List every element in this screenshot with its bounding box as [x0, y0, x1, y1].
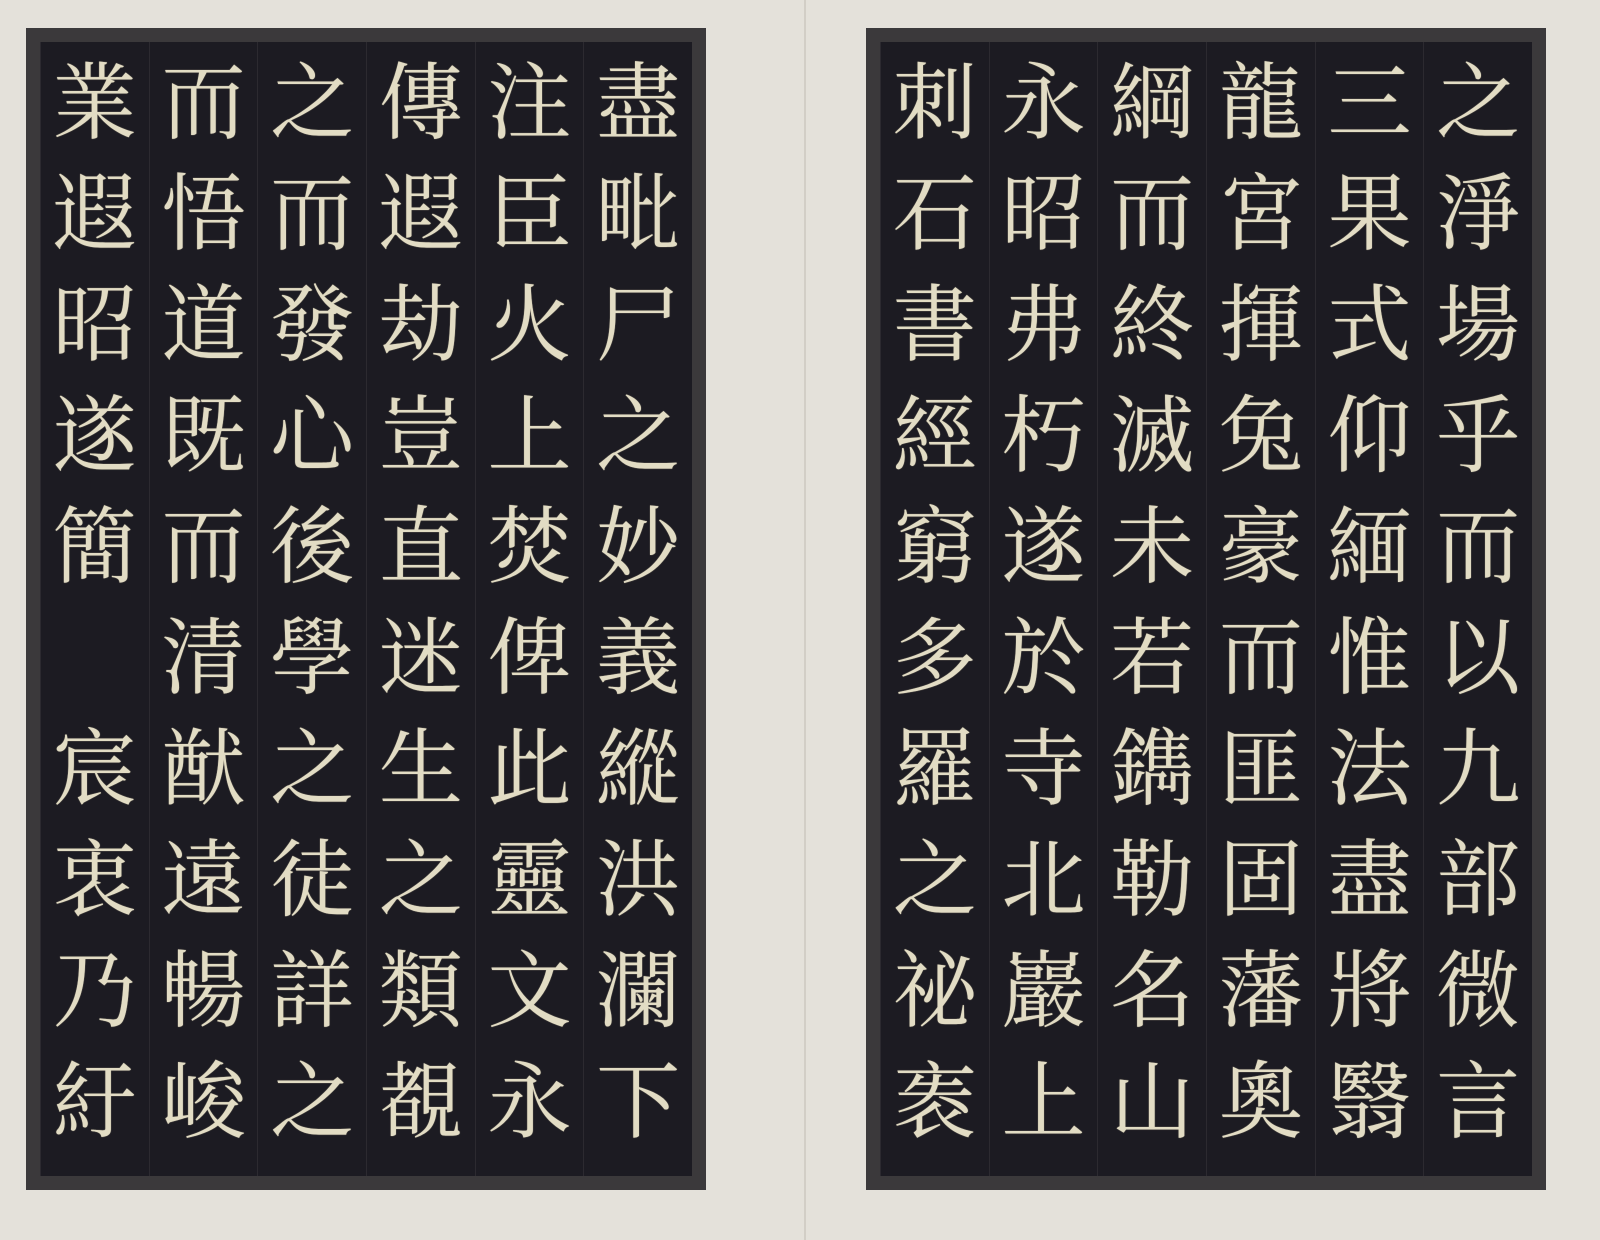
- character: 場: [1436, 270, 1520, 381]
- character: 縱: [596, 714, 680, 825]
- character: 峻: [161, 1047, 245, 1158]
- character: 靈: [487, 825, 571, 936]
- text-column: 盡毗尸之妙義縱洪瀾下: [583, 42, 692, 1176]
- character: 惟: [1327, 603, 1411, 714]
- character: 乃: [53, 936, 137, 1047]
- character: 永: [1001, 48, 1085, 159]
- left-leaf: 盡毗尸之妙義縱洪瀾下注臣火上焚俾此靈文永傳遐劫豈直迷生之類覩之而發心後學之徒詳之…: [26, 28, 706, 1190]
- character: 後: [270, 492, 354, 603]
- text-column: 龍宮揮兔豪而匪固藩奧: [1206, 42, 1315, 1176]
- right-leaf: 之淨場乎而以九部微言三果式仰緬惟法盡將翳龍宮揮兔豪而匪固藩奧綱而終滅未若鐫勒名山…: [866, 28, 1546, 1190]
- text-column: 之而發心後學之徒詳之: [257, 42, 366, 1176]
- character: 而: [1110, 159, 1194, 270]
- character: 瀾: [596, 936, 680, 1047]
- character: 衷: [53, 825, 137, 936]
- character: 而: [1436, 492, 1520, 603]
- character: 既: [161, 381, 245, 492]
- character: 之: [893, 825, 977, 936]
- character: 微: [1436, 936, 1520, 1047]
- character: 淨: [1436, 159, 1520, 270]
- character: 迷: [379, 603, 463, 714]
- character: 宮: [1219, 159, 1303, 270]
- character: 羅: [893, 714, 977, 825]
- text-column: 永昭弗朽遂於寺北巖上: [989, 42, 1098, 1176]
- character: 而: [161, 492, 245, 603]
- character: 袠: [893, 1047, 977, 1158]
- left-rubbing: 盡毗尸之妙義縱洪瀾下注臣火上焚俾此靈文永傳遐劫豈直迷生之類覩之而發心後學之徒詳之…: [40, 42, 692, 1176]
- character: 遂: [1001, 492, 1085, 603]
- character: 紆: [53, 1047, 137, 1158]
- character: 名: [1110, 936, 1194, 1047]
- album-fold: [804, 0, 806, 1240]
- character: 山: [1110, 1047, 1194, 1158]
- character: 緬: [1327, 492, 1411, 603]
- character: 龍: [1219, 48, 1303, 159]
- character: 之: [270, 714, 354, 825]
- character: 將: [1327, 936, 1411, 1047]
- character: 未: [1110, 492, 1194, 603]
- character: 洪: [596, 825, 680, 936]
- character: 尸: [596, 270, 680, 381]
- character: 而: [270, 159, 354, 270]
- text-column: 刺石書經窮多羅之祕袠: [880, 42, 989, 1176]
- character: 上: [487, 381, 571, 492]
- character: 書: [893, 270, 977, 381]
- character: 固: [1219, 825, 1303, 936]
- text-column: 綱而終滅未若鐫勒名山: [1097, 42, 1206, 1176]
- character: 宸: [53, 714, 137, 825]
- character: 學: [270, 603, 354, 714]
- character: 仰: [1327, 381, 1411, 492]
- character: 簡: [53, 492, 137, 603]
- character: 匪: [1219, 714, 1303, 825]
- character: 類: [379, 936, 463, 1047]
- character: 經: [893, 381, 977, 492]
- character: 臣: [487, 159, 571, 270]
- character: 巖: [1001, 936, 1085, 1047]
- character: 發: [270, 270, 354, 381]
- character: 石: [893, 159, 977, 270]
- character: 翳: [1327, 1047, 1411, 1158]
- text-column: 業遐昭遂簡宸衷乃紆: [40, 42, 149, 1176]
- character: 之: [270, 1047, 354, 1158]
- character: 寺: [1001, 714, 1085, 825]
- character: 若: [1110, 603, 1194, 714]
- character: 生: [379, 714, 463, 825]
- character: 刺: [893, 48, 977, 159]
- character: 猷: [161, 714, 245, 825]
- character: 朽: [1001, 381, 1085, 492]
- character: 九: [1436, 714, 1520, 825]
- text-column: 注臣火上焚俾此靈文永: [475, 42, 584, 1176]
- character: 式: [1327, 270, 1411, 381]
- character: 終: [1110, 270, 1194, 381]
- text-column: 三果式仰緬惟法盡將翳: [1315, 42, 1424, 1176]
- character: 遂: [53, 381, 137, 492]
- character: 藩: [1219, 936, 1303, 1047]
- character: 而: [161, 48, 245, 159]
- text-column: 傳遐劫豈直迷生之類覩: [366, 42, 475, 1176]
- character: 下: [596, 1047, 680, 1158]
- character: 北: [1001, 825, 1085, 936]
- character: 遐: [53, 159, 137, 270]
- character: 窮: [893, 492, 977, 603]
- character: 劫: [379, 270, 463, 381]
- character: 昭: [1001, 159, 1085, 270]
- character: 遐: [379, 159, 463, 270]
- character: 而: [1219, 603, 1303, 714]
- character: 鐫: [1110, 714, 1194, 825]
- character: 業: [53, 48, 137, 159]
- character: 揮: [1219, 270, 1303, 381]
- character: 勒: [1110, 825, 1194, 936]
- character: 焚: [487, 492, 571, 603]
- character: 道: [161, 270, 245, 381]
- character: 盡: [1327, 825, 1411, 936]
- character: 暢: [161, 936, 245, 1047]
- character: 綱: [1110, 48, 1194, 159]
- character: 果: [1327, 159, 1411, 270]
- character: 俾: [487, 603, 571, 714]
- character: 此: [487, 714, 571, 825]
- character: 部: [1436, 825, 1520, 936]
- character: 詳: [270, 936, 354, 1047]
- character: 三: [1327, 48, 1411, 159]
- character: 覩: [379, 1047, 463, 1158]
- character: 遠: [161, 825, 245, 936]
- text-column: 之淨場乎而以九部微言: [1423, 42, 1532, 1176]
- character: 上: [1001, 1047, 1085, 1158]
- character: 永: [487, 1047, 571, 1158]
- character: 妙: [596, 492, 680, 603]
- character: 法: [1327, 714, 1411, 825]
- character: 火: [487, 270, 571, 381]
- character: 豪: [1219, 492, 1303, 603]
- character: 義: [596, 603, 680, 714]
- character: 滅: [1110, 381, 1194, 492]
- character: 豈: [379, 381, 463, 492]
- character: 悟: [161, 159, 245, 270]
- character: 清: [161, 603, 245, 714]
- character: 之: [596, 381, 680, 492]
- character: 祕: [893, 936, 977, 1047]
- character: 毗: [596, 159, 680, 270]
- character: 盡: [596, 48, 680, 159]
- character: 之: [270, 48, 354, 159]
- character: 之: [379, 825, 463, 936]
- character: 弗: [1001, 270, 1085, 381]
- character: 傳: [379, 48, 463, 159]
- character: 言: [1436, 1047, 1520, 1158]
- character: 多: [893, 603, 977, 714]
- character: 心: [270, 381, 354, 492]
- text-column: 而悟道既而清猷遠暢峻: [149, 42, 258, 1176]
- character: 乎: [1436, 381, 1520, 492]
- character: 文: [487, 936, 571, 1047]
- character: 注: [487, 48, 571, 159]
- character: 徒: [270, 825, 354, 936]
- character: 昭: [53, 270, 137, 381]
- character: 兔: [1219, 381, 1303, 492]
- right-rubbing: 之淨場乎而以九部微言三果式仰緬惟法盡將翳龍宮揮兔豪而匪固藩奧綱而終滅未若鐫勒名山…: [880, 42, 1532, 1176]
- character: 奧: [1219, 1047, 1303, 1158]
- character: 於: [1001, 603, 1085, 714]
- character: 之: [1436, 48, 1520, 159]
- character: 直: [379, 492, 463, 603]
- character: 以: [1436, 603, 1520, 714]
